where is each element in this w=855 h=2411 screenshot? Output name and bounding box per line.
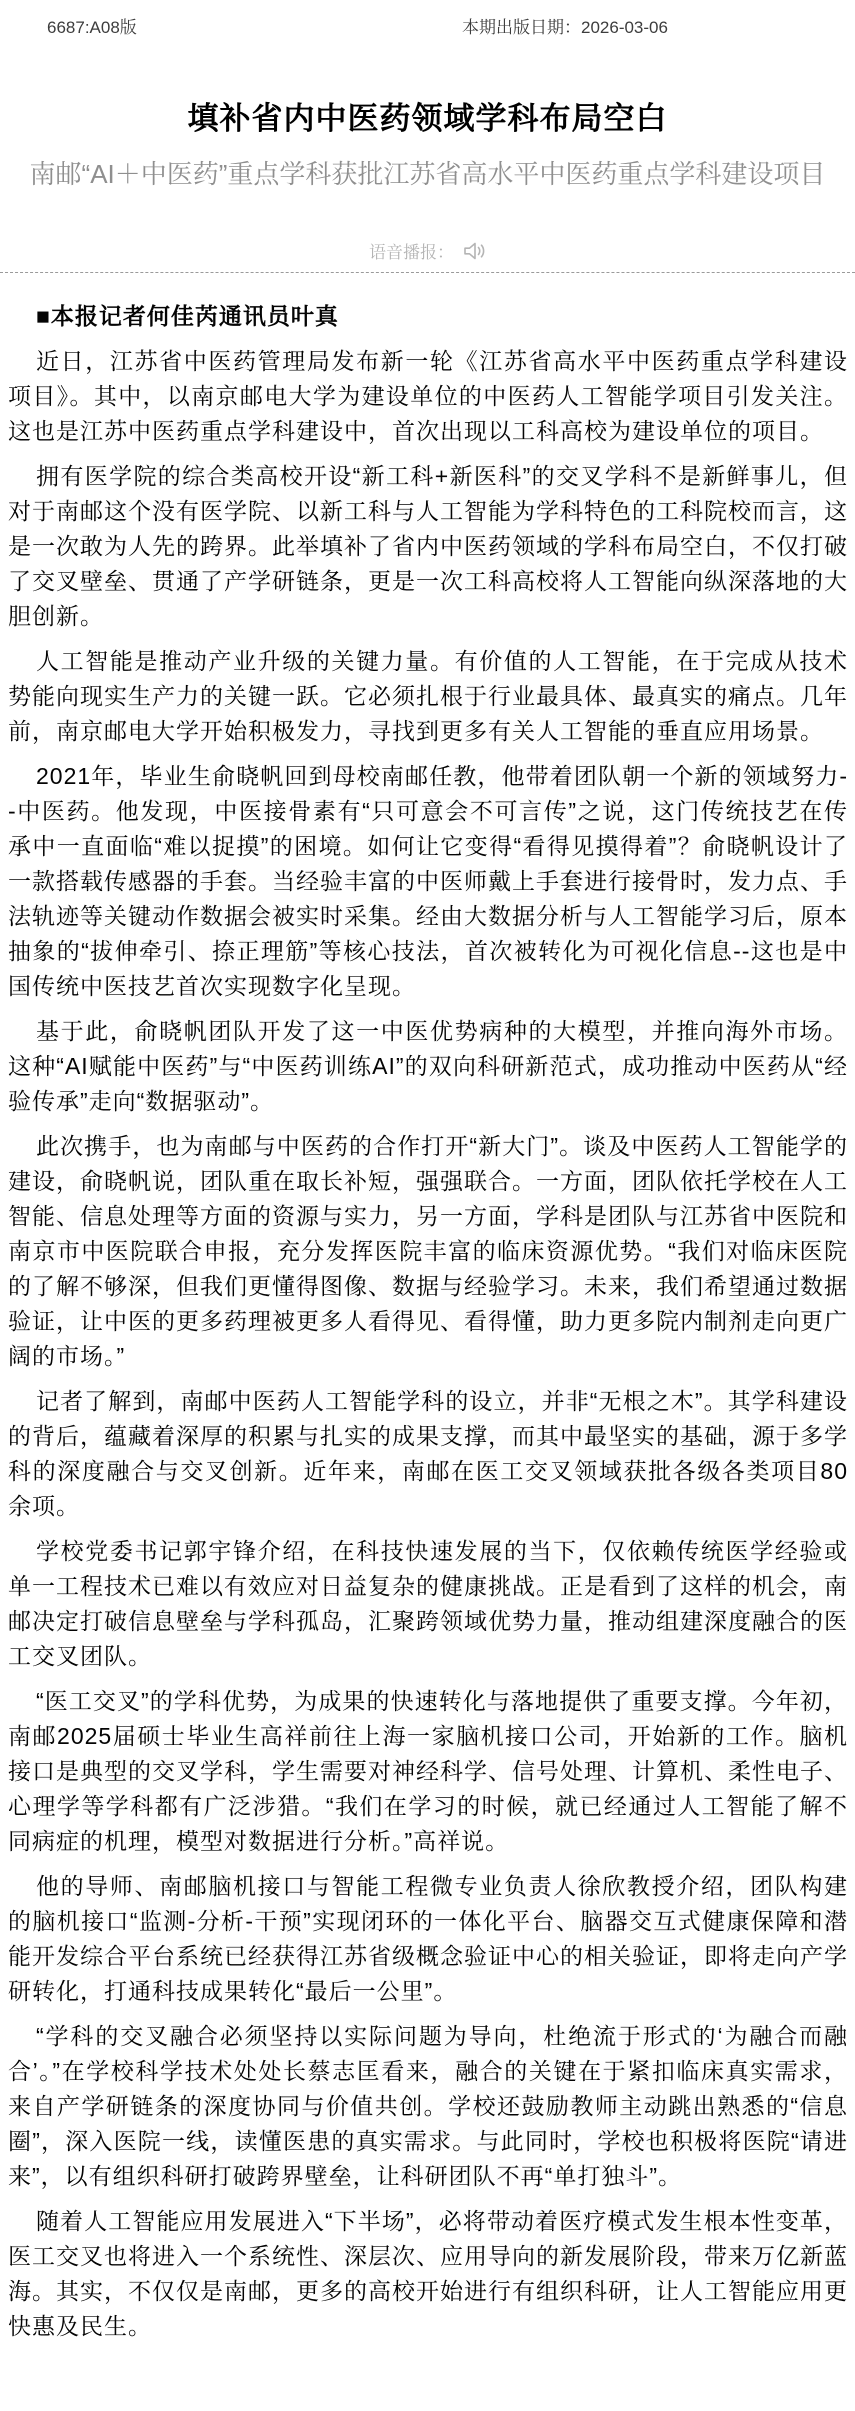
article-paragraph: “医工交叉”的学科优势，为成果的快速转化与落地提供了重要支撑。今年初，南邮202… [8, 1684, 848, 1859]
article-title: 填补省内中医药领域学科布局空白 [10, 98, 845, 140]
top-bar: 6687:A08版 本期出版日期：2026-03-06 [0, 0, 855, 42]
article-paragraph: “学科的交叉融合必须坚持以实际问题为导向，杜绝流于形式的‘为融合而融合’。”在学… [8, 2019, 848, 2194]
voice-broadcast-label: 语音播报： [369, 238, 454, 263]
article-paragraph: 2021年，毕业生俞晓帆回到母校南邮任教，他带着团队朝一个新的领域努力--中医药… [8, 759, 848, 1004]
article-byline: ■本报记者何佳芮通讯员叶真 [8, 299, 848, 334]
article-paragraph: 此次携手，也为南邮与中医药的合作打开“新大门”。谈及中医药人工智能学的建设，俞晓… [8, 1129, 848, 1374]
article-paragraph: 随着人工智能应用发展进入“下半场”，必将带动着医疗模式发生根本性变革，医工交叉也… [8, 2204, 848, 2344]
voice-broadcast-button[interactable]: 语音播报： [0, 238, 855, 263]
article-body: ■本报记者何佳芮通讯员叶真 近日，江苏省中医药管理局发布新一轮《江苏省高水平中医… [0, 273, 855, 2368]
speaker-icon[interactable] [462, 241, 486, 261]
publish-date-label: 本期出版日期：2026-03-06 [462, 13, 668, 38]
article-paragraph: 他的导师、南邮脑机接口与智能工程微专业负责人徐欣教授介绍，团队构建的脑机接口“监… [8, 1869, 848, 2009]
article-paragraph: 记者了解到，南邮中医药人工智能学科的设立，并非“无根之木”。其学科建设的背后，蕴… [8, 1384, 848, 1524]
article-paragraph: 学校党委书记郭宇锋介绍，在科技快速发展的当下，仅依赖传统医学经验或单一工程技术已… [8, 1534, 848, 1674]
edition-label: 6687:A08版 [47, 13, 137, 38]
article-paragraph: 拥有医学院的综合类高校开设“新工科+新医科”的交叉学科不是新鲜事儿，但对于南邮这… [8, 459, 848, 634]
newspaper-article-page: 6687:A08版 本期出版日期：2026-03-06 填补省内中医药领域学科布… [0, 0, 855, 2411]
article-paragraph: 基于此，俞晓帆团队开发了这一中医优势病种的大模型，并推向海外市场。这种“AI赋能… [8, 1014, 848, 1119]
article-subtitle: 南邮“AI＋中医药”重点学科获批江苏省高水平中医药重点学科建设项目 [10, 156, 845, 192]
article-paragraph: 人工智能是推动产业升级的关键力量。有价值的人工智能，在于完成从技术势能向现实生产… [8, 644, 848, 749]
article-paragraph: 近日，江苏省中医药管理局发布新一轮《江苏省高水平中医药重点学科建设项目》。其中，… [8, 344, 848, 449]
